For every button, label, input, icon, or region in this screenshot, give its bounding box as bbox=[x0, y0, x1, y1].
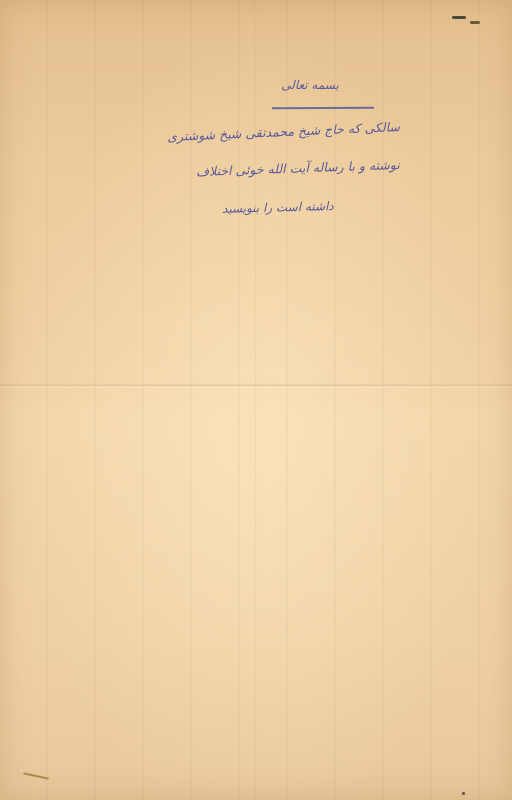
paper-stain bbox=[462, 792, 465, 795]
document-heading: بسمه تعالی bbox=[265, 78, 355, 92]
vertical-fold-line bbox=[254, 0, 257, 800]
document-page: بسمه تعالی سالکی که حاج شیخ محمدتقی شیخ … bbox=[0, 0, 512, 800]
text-line-1: سالکی که حاج شیخ محمدتقی شیخ شوشتری bbox=[167, 119, 400, 144]
staple-mark-secondary bbox=[470, 21, 480, 24]
text-line-2: نوشته و با رساله آیت الله خوئی اختلاف bbox=[196, 157, 400, 179]
pencil-mark bbox=[23, 772, 49, 779]
staple-mark bbox=[452, 16, 466, 19]
heading-underline bbox=[272, 107, 374, 109]
text-line-3: داشته است را بنویسید bbox=[222, 199, 334, 216]
